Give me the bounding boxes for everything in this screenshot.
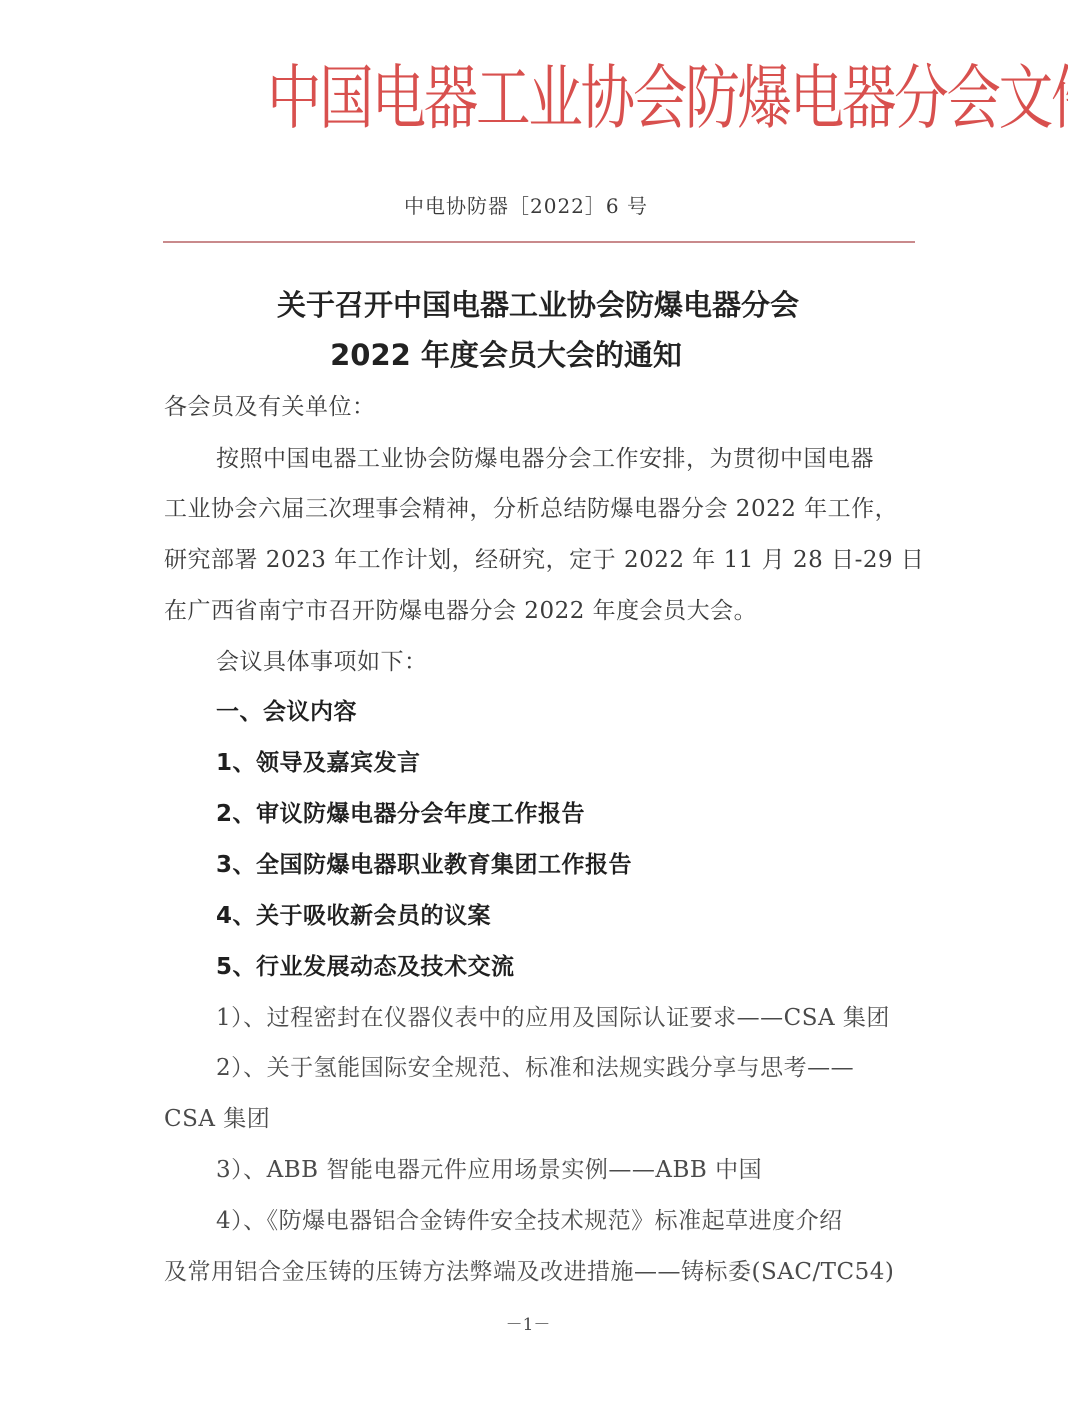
body-line-4: 在广西省南宁市召开防爆电器分会 2022 年度会员大会。 <box>164 592 757 625</box>
agenda-item-3: 3、全国防爆电器职业教育集团工作报告 <box>216 846 632 879</box>
sub-item-4-line-1: 4）、《防爆电器铝合金铸件安全技术规范》标准起草进度介绍 <box>216 1202 843 1235</box>
agenda-item-4: 4、关于吸收新会员的议案 <box>216 897 491 930</box>
notice-title-line-2: 2022 年度会员大会的通知 <box>0 333 1040 374</box>
notice-title-line-1: 关于召开中国电器工业协会防爆电器分会 <box>4 283 1068 324</box>
sub-item-4-line-2: 及常用铝合金压铸的压铸方法弊端及改进措施——铸标委(SAC/TC54) <box>164 1253 894 1286</box>
body-line-1: 按照中国电器工业协会防爆电器分会工作安排，为贯彻中国电器 <box>216 440 874 473</box>
salutation: 各会员及有关单位： <box>164 388 376 421</box>
document-number: 中电协防器［2022］6 号 <box>0 190 1060 219</box>
issuing-organization-header: 中国电器工业协会防爆电器分会文件 <box>267 52 813 144</box>
items-intro: 会议具体事项如下： <box>216 643 428 676</box>
sub-item-1: 1）、过程密封在仪器仪表中的应用及国际认证要求——CSA 集团 <box>216 999 890 1032</box>
agenda-item-5: 5、行业发展动态及技术交流 <box>216 948 515 981</box>
body-line-3: 研究部署 2023 年工作计划，经研究，定于 2022 年 11 月 28 日-… <box>164 541 924 574</box>
sub-item-2-line-1: 2）、关于氢能国际安全规范、标准和法规实践分享与思考—— <box>216 1049 854 1082</box>
page-number: －1－ <box>0 1310 1062 1335</box>
sub-item-2-line-2: CSA 集团 <box>164 1100 270 1133</box>
section-heading-meeting-content: 一、会议内容 <box>216 693 357 726</box>
agenda-item-2: 2、审议防爆电器分会年度工作报告 <box>216 795 585 828</box>
sub-item-3: 3）、ABB 智能电器元件应用场景实例——ABB 中国 <box>216 1151 762 1184</box>
agenda-item-1: 1、领导及嘉宾发言 <box>216 744 421 777</box>
document-page: 中国电器工业协会防爆电器分会文件 中电协防器［2022］6 号 关于召开中国电器… <box>0 0 1068 1426</box>
header-divider <box>163 241 915 243</box>
body-line-2: 工业协会六届三次理事会精神，分析总结防爆电器分会 2022 年工作， <box>164 490 898 523</box>
